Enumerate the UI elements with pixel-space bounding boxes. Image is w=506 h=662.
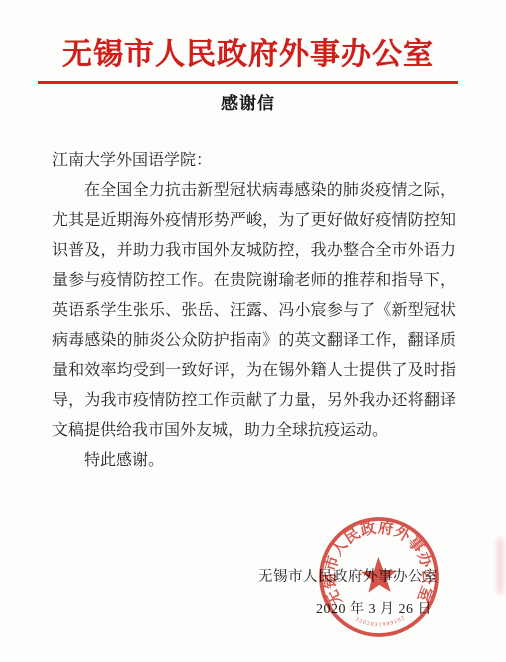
letterhead-divider-rule: [38, 81, 458, 84]
official-seal: 无锡市人民政府外事办公室 3202031989102: [314, 512, 444, 642]
seal-code-holder: 3202031989102: [354, 615, 407, 629]
scanned-letter-page: 无锡市人民政府外事办公室 感谢信 江南大学外国语学院： 在全国全力抗击新型冠状病…: [0, 0, 506, 662]
body-paragraph-main: 在全国全力抗击新型冠状病毒感染的肺炎疫情之际，尤其是近期海外疫情形势严峻，为了更…: [52, 176, 456, 446]
letterhead-office-name: 无锡市人民政府外事办公室: [38, 38, 458, 72]
body-paragraph-closing: 特此感谢。: [52, 446, 456, 476]
document-title: 感谢信: [38, 89, 458, 114]
letter-body: 江南大学外国语学院： 在全国全力抗击新型冠状病毒感染的肺炎疫情之际，尤其是近期海…: [52, 146, 456, 476]
seal-star-icon: [360, 556, 397, 593]
recipient-line: 江南大学外国语学院：: [52, 146, 456, 176]
seal-code-text: 3202031989102: [354, 615, 407, 629]
scan-artifact-smudge: [496, 538, 504, 594]
